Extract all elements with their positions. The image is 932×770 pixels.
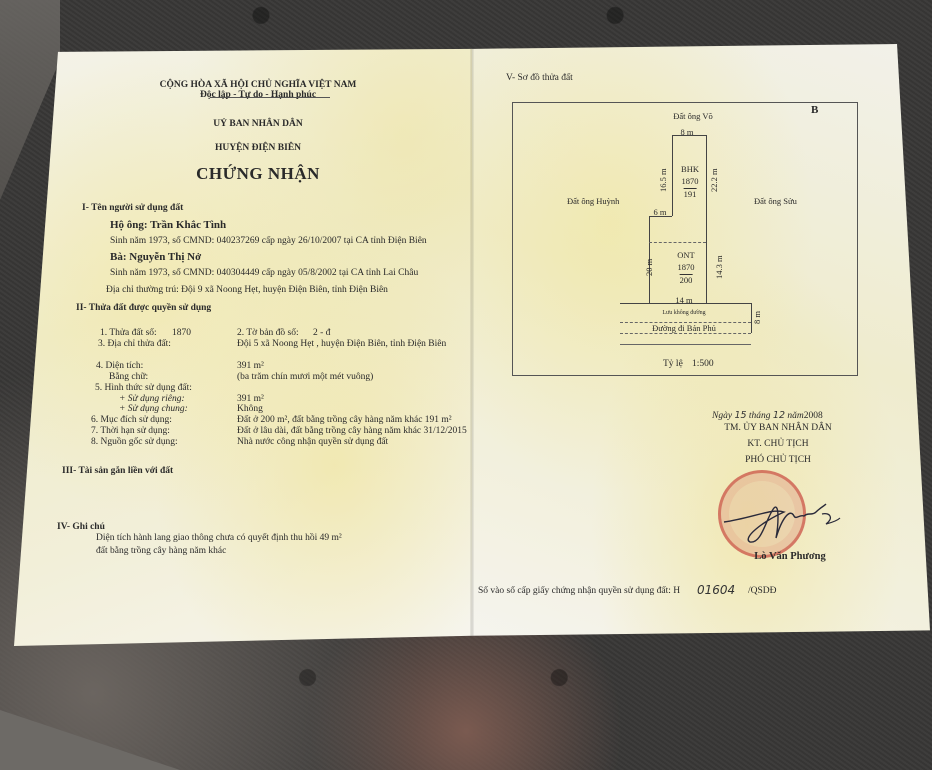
area-in-words: (ba trăm chín mươi một mét vuông) xyxy=(237,372,373,382)
note-line-1: Diện tích hành lang giao thông chưa có q… xyxy=(96,533,342,543)
section-1-heading: I- Tên người sử dụng đất xyxy=(82,203,183,213)
owner-address: Địa chỉ thường trú: Đội 9 xã Noong Hẹt, … xyxy=(106,285,388,295)
page-spine xyxy=(470,44,474,646)
nation-header: CỘNG HÒA XÃ HỘI CHỦ NGHĨA VIỆT NAM xyxy=(160,80,357,90)
section-2-heading: II- Thửa đất được quyền sử dụng xyxy=(76,303,211,313)
road-edge-bottom xyxy=(620,344,751,345)
private-use-value: 391 m² xyxy=(237,394,264,404)
signing-date: Ngày 15 tháng 12 năm2008 xyxy=(712,410,823,421)
issuer: UỶ BAN NHÂN DÂN xyxy=(213,119,302,129)
registry-label: Số vào sổ cấp giấy chứng nhận quyền sử d… xyxy=(478,586,680,596)
bottom-width-label: 14 m xyxy=(675,295,692,305)
signature-line-3: PHÓ CHỦ TỊCH xyxy=(745,455,811,465)
road-label: Đường đi Bản Phủ xyxy=(652,323,716,333)
parcel-no: 1870 xyxy=(172,328,191,338)
top-width-label: 8 m xyxy=(681,127,694,137)
registry-number: 01604 xyxy=(697,583,735,597)
section-4-heading: IV- Ghi chú xyxy=(57,522,105,532)
registry-suffix: /QSDĐ xyxy=(748,586,777,596)
map-sheet: 2 - đ xyxy=(313,328,330,338)
scale-label: Tỷ lệ xyxy=(663,359,683,369)
map-sheet-label: 2. Tờ bản đồ số: xyxy=(237,328,299,338)
parcel-no-label: 1. Thửa đất số: xyxy=(100,328,157,338)
area-value: 391 m² xyxy=(237,361,264,371)
year-prefix: năm xyxy=(787,411,803,421)
step-width-label: 6 m xyxy=(654,207,667,217)
section-5-heading: V- Sơ đồ thửa đất xyxy=(506,73,573,83)
area-in-words-label: Bằng chữ: xyxy=(109,372,148,382)
term-value: Đất ở lâu dài, đất bằng trồng cây hàng n… xyxy=(237,426,467,436)
lower-left-side-label: 20 m xyxy=(644,259,654,276)
area-label: 4. Diện tích: xyxy=(96,361,143,371)
date-month: 12 xyxy=(773,410,785,421)
road-width-label: 8 m xyxy=(752,311,762,324)
upper-left-side-label: 16.5 m xyxy=(658,168,668,192)
signer-name: Lò Văn Phương xyxy=(754,551,825,562)
section-3-heading: III- Tài sản gắn liền với đất xyxy=(62,466,173,476)
month-prefix: tháng xyxy=(749,411,771,421)
neighbor-right: Đất ông Sửu xyxy=(754,196,797,206)
upper-parcel-code: BHK xyxy=(681,164,699,174)
parcel-divider xyxy=(649,242,706,243)
owner-2-name: Bà: Nguyễn Thị Nở xyxy=(110,251,201,263)
upper-right-side-label: 22.2 m xyxy=(709,168,719,192)
corridor-label: Lưu không đường xyxy=(662,310,705,316)
road-centerline xyxy=(620,333,751,334)
shared-use-value: Không xyxy=(237,404,263,414)
owner-2-details: Sinh năm 1973, số CMND: 040304449 cấp ng… xyxy=(110,268,418,278)
signature-line-2: KT. CHỦ TỊCH xyxy=(747,439,808,449)
lower-right-side-label: 14.3 m xyxy=(714,255,724,279)
plot-right-edge xyxy=(706,135,707,303)
lower-parcel-number: 1870 xyxy=(678,262,695,272)
signature-scribble xyxy=(722,478,842,548)
upper-parcel-area: 191 xyxy=(684,188,697,199)
origin-value: Nhà nước công nhận quyền sử dụng đất xyxy=(237,437,388,447)
owner-1-details: Sinh năm 1973, số CMND: 040237269 cấp ng… xyxy=(110,236,427,246)
parcel-address: Đội 5 xã Noong Hẹt , huyện Điện Biên, tỉ… xyxy=(237,339,446,349)
shared-use-label: + Sử dụng chung: xyxy=(119,404,188,414)
scale-value: 1:500 xyxy=(692,359,714,369)
note-line-2: đất bằng trồng cây hàng năm khác xyxy=(96,546,226,556)
date-day: 15 xyxy=(734,410,746,421)
use-form-label: 5. Hình thức sử dụng đất: xyxy=(95,383,192,393)
private-use-label: + Sử dụng riêng: xyxy=(119,394,185,404)
motto: Độc lập - Tự do - Hạnh phúc xyxy=(200,90,316,100)
signature-line-1: TM. ỦY BAN NHÂN DÂN xyxy=(724,423,832,433)
origin-label: 8. Nguồn gốc sử dụng: xyxy=(91,437,178,447)
owner-1-name: Hộ ông: Trần Khắc Tình xyxy=(110,219,226,231)
plot-upper-left-edge xyxy=(672,135,673,216)
page-title: CHỨNG NHẬN xyxy=(196,164,320,184)
neighbor-top: Đất ông Võ xyxy=(673,111,713,121)
north-arrow-icon: B xyxy=(811,104,818,116)
plot-map xyxy=(512,102,858,376)
date-prefix: Ngày xyxy=(712,411,732,421)
purpose-value: Đất ở 200 m², đất bằng trồng cây hàng nă… xyxy=(237,415,452,425)
purpose-label: 6. Mục đích sử dụng: xyxy=(91,415,172,425)
district: HUYỆN ĐIỆN BIÊN xyxy=(215,143,301,153)
header-divider xyxy=(210,97,330,98)
term-label: 7. Thời hạn sử dụng: xyxy=(91,426,170,436)
neighbor-left: Đất ông Huỳnh xyxy=(567,196,619,206)
upper-parcel-number: 1870 xyxy=(682,176,699,186)
lower-parcel-code: ONT xyxy=(677,250,694,260)
parcel-address-label: 3. Địa chỉ thửa đất: xyxy=(98,339,171,349)
lower-parcel-area: 200 xyxy=(680,274,693,285)
date-year: 2008 xyxy=(804,411,823,421)
